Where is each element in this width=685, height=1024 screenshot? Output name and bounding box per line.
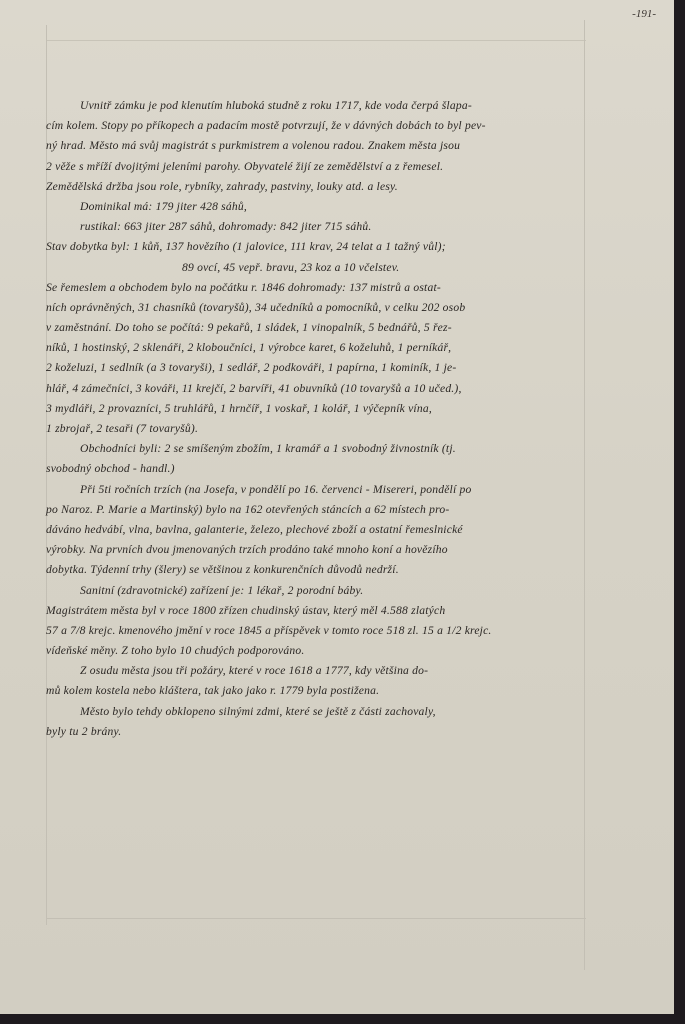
handwritten-text-block: Uvnitř zámku je pod klenutím hluboká stu…: [46, 96, 586, 742]
text-line: cím kolem. Stopy po příkopech a padacím …: [46, 116, 586, 136]
text-line: Uvnitř zámku je pod klenutím hluboká stu…: [46, 96, 586, 116]
text-line: mů kolem kostela nebo kláštera, tak jako…: [46, 681, 586, 701]
bottom-rule-line: [46, 918, 586, 919]
text-line: Se řemeslem a obchodem bylo na počátku r…: [46, 278, 586, 298]
text-line: Sanitní (zdravotnické) zařízení je: 1 lé…: [46, 581, 586, 601]
text-line: ních oprávněných, 31 chasníků (tovaryšů)…: [46, 298, 586, 318]
text-line: byly tu 2 brány.: [46, 722, 586, 742]
text-line: 2 koželuzi, 1 sedlník (a 3 tovaryši), 1 …: [46, 358, 586, 378]
text-line: 89 ovcí, 45 vepř. bravu, 23 koz a 10 vče…: [46, 258, 586, 278]
text-line: 2 věže s mříží dvojitými jeleními parohy…: [46, 157, 586, 177]
text-line: Magistrátem města byl v roce 1800 zřízen…: [46, 601, 586, 621]
text-line: vídeňské měny. Z toho bylo 10 chudých po…: [46, 641, 586, 661]
text-line: dáváno hedvábí, vlna, bavlna, galanterie…: [46, 520, 586, 540]
text-line: 1 zbrojař, 2 tesaři (7 tovaryšů).: [46, 419, 586, 439]
text-line: ný hrad. Město má svůj magistrát s purkm…: [46, 136, 586, 156]
text-line: Zemědělská držba jsou role, rybníky, zah…: [46, 177, 586, 197]
text-line: Z osudu města jsou tři požáry, které v r…: [46, 661, 586, 681]
text-line: 3 mydláři, 2 provazníci, 5 truhlářů, 1 h…: [46, 399, 586, 419]
top-rule-line: [46, 40, 586, 41]
text-line: po Naroz. P. Marie a Martinský) bylo na …: [46, 500, 586, 520]
text-line: Obchodníci byli: 2 se smíšeným zbožím, 1…: [46, 439, 586, 459]
text-line: Při 5ti ročních trzích (na Josefa, v pon…: [46, 480, 586, 500]
text-line: Město bylo tehdy obklopeno silnými zdmi,…: [46, 702, 586, 722]
text-line: svobodný obchod - handl.): [46, 459, 586, 479]
text-line: níků, 1 hostinský, 2 sklenáři, 2 klobouč…: [46, 338, 586, 358]
text-line: rustikal: 663 jiter 287 sáhů, dohromady:…: [46, 217, 586, 237]
text-line: výrobky. Na prvních dvou jmenovaných trz…: [46, 540, 586, 560]
manuscript-page: -191- Uvnitř zámku je pod klenutím hlubo…: [0, 0, 674, 1014]
text-line: 57 a 7/8 krejc. kmenového jmění v roce 1…: [46, 621, 586, 641]
text-line: Stav dobytka byl: 1 kůň, 137 hovězího (1…: [46, 237, 586, 257]
text-line: Dominikal má: 179 jiter 428 sáhů,: [46, 197, 586, 217]
text-line: v zaměstnání. Do toho se počítá: 9 pekař…: [46, 318, 586, 338]
text-line: hlář, 4 zámečníci, 3 kováři, 11 krejčí, …: [46, 379, 586, 399]
page-number: -191-: [632, 8, 656, 20]
text-line: dobytka. Týdenní trhy (šlery) se většino…: [46, 560, 586, 580]
